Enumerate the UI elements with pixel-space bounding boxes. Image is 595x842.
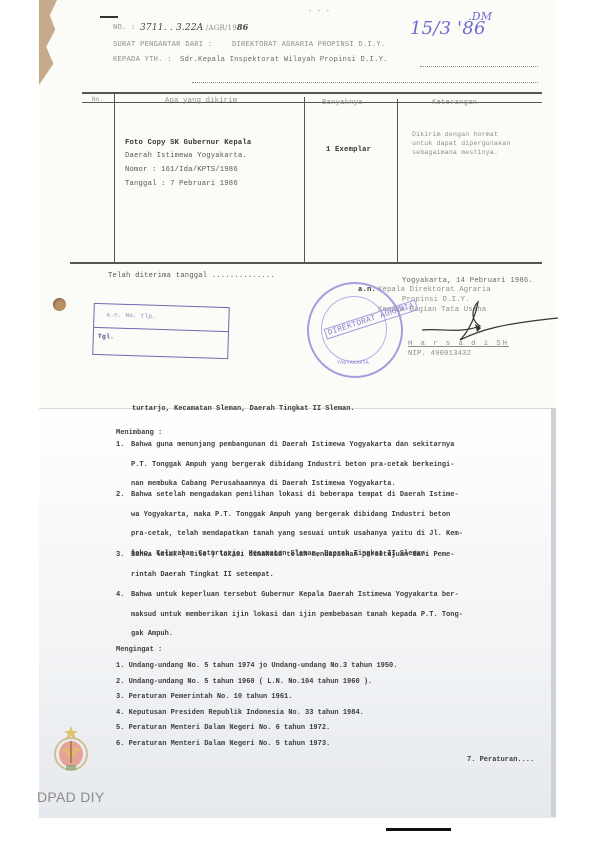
item-line-3: Nomor : 161/Ida/KPTS/1986 <box>125 166 238 174</box>
menimbang-item-line: pra-cetak, telah mendapatkan tanah yang … <box>131 529 463 539</box>
menimbang-item-line: nan membuka Cabang Perusahaannya di Daer… <box>131 479 396 489</box>
watermark-text: DPAD DIY <box>37 789 105 805</box>
to-dotted-line-2 <box>192 82 538 83</box>
col-header-no: No. <box>92 96 103 103</box>
to-value: Sdr.Kepala Inspektorat Wilayah Propinsi … <box>180 56 388 64</box>
next-page-ref: 7. Peraturan.... <box>467 755 534 765</box>
signatory-line-1: Kepala Direktorat Agraria <box>378 286 491 294</box>
punch-hole <box>53 298 66 311</box>
page-edge-shadow <box>551 408 556 817</box>
official-stamp: DIREKTORAT AGRARIA YOGYAKARTA <box>307 282 403 378</box>
menimbang-item-line: gak Ampuh. <box>131 629 173 639</box>
signatory-nip: NIP. 490013432 <box>408 350 471 358</box>
page-indicator-bar <box>386 828 451 831</box>
table-top-border <box>82 92 542 94</box>
number-value: 3711. . 3.22A /AGR/1986 <box>140 22 248 33</box>
col-header-notes: Keterangan <box>432 99 477 107</box>
to-dotted-line <box>420 66 538 67</box>
menimbang-item-line: wa Yogyakarta, maka P.T. Tonggak Ampuh y… <box>131 510 450 520</box>
table-col-divider-3 <box>397 99 398 263</box>
menimbang-item-line: rintah Daerah Tingkat II setempat. <box>131 570 274 580</box>
continuation-line: turtarjo, Kecamatan Sleman, Daerah Tingk… <box>132 404 355 414</box>
menimbang-item-line: Bahwa setelah mengadakan penilihan lokas… <box>131 490 459 500</box>
yogyakarta-crest-icon <box>51 725 91 775</box>
item-line-4: Tanggal : 7 Pebruari 1986 <box>125 180 238 188</box>
mengingat-item: 5. Peraturan Menteri Dalam Negeri No. 6 … <box>116 723 330 733</box>
menimbang-item-line: Bahwa letak ( site ) lokasi dimaksud tel… <box>131 550 454 560</box>
from-label: SURAT PENGANTAR DARI : <box>113 41 212 49</box>
menimbang-title: Menimbang : <box>116 428 162 438</box>
menimbang-item-line: Bahwa guna menunjang pembangunan di Daer… <box>131 440 454 450</box>
menimbang-item-line: maksud untuk memberikan ijin lokasi dan … <box>131 610 463 620</box>
notes-line-2: untuk dapat dipergunakan <box>412 140 510 147</box>
table-bottom-border <box>70 262 542 264</box>
mengingat-item: 6. Peraturan Menteri Dalam Negeri No. 5 … <box>116 739 330 749</box>
signatory-name: H a r s a d i SH <box>408 340 509 348</box>
menimbang-item-line: Bahwa untuk keperluan tersebut Gubernur … <box>131 590 459 600</box>
mengingat-title: Mengingat : <box>116 645 162 655</box>
mengingat-item: 1. Undang-undang No. 5 tahun 1974 jo Und… <box>116 661 397 671</box>
menimbang-item-number: 3. <box>116 550 124 560</box>
notes-line-3: sebagaimana mestinya. <box>412 149 498 156</box>
stamp-bottom-text: YOGYAKARTA <box>337 360 369 366</box>
menimbang-item-number: 4. <box>116 590 124 600</box>
mengingat-item: 3. Peraturan Pemerintah No. 10 tahun 196… <box>116 692 292 702</box>
page-mark: - - - <box>308 8 330 16</box>
mengingat-item: 2. Undang-undang No. 5 tahun 1960 ( L.N.… <box>116 677 372 687</box>
col-header-item: Apa yang dikirim <box>165 97 237 105</box>
top-dash <box>100 16 118 18</box>
menimbang-item-line: P.T. Tonggak Ampuh yang bergerak dibidan… <box>131 460 454 470</box>
table-col-divider-2 <box>304 97 305 263</box>
quantity-value: 1 Exemplar <box>326 146 371 154</box>
item-line-1: Foto Copy SK Gubernur Kepala <box>125 139 251 147</box>
handwritten-corner: .DM <box>468 10 492 23</box>
place-date: Yogyakarta, 14 Pebruari 1986. <box>402 277 533 285</box>
table-col-divider-1 <box>114 92 115 263</box>
receipt-line-1: a.n. No. tlp. <box>106 311 156 320</box>
notes-line-1: Dikirim dengan hormat <box>412 131 498 138</box>
receipt-stamp-box: a.n. No. tlp. Tgl. <box>92 303 230 359</box>
number-label: NO. : <box>113 24 136 32</box>
receipt-divider <box>94 327 228 332</box>
item-line-2: Daerah Istimewa Yogyakarta. <box>125 152 247 160</box>
received-date-label: Telah diterima tanggal .............. <box>108 272 275 280</box>
mengingat-item: 4. Keputusan Presiden Republik Indonesia… <box>116 708 364 718</box>
from-value: DIREKTORAT AGRARIA PROPINSI D.I.Y. <box>232 41 385 49</box>
receipt-line-2: Tgl. <box>98 333 115 341</box>
to-label: KEPADA YTH. : <box>113 56 172 64</box>
col-header-quantity: Banyaknya <box>322 99 363 107</box>
menimbang-item-number: 1. <box>116 440 124 450</box>
menimbang-item-number: 2. <box>116 490 124 500</box>
